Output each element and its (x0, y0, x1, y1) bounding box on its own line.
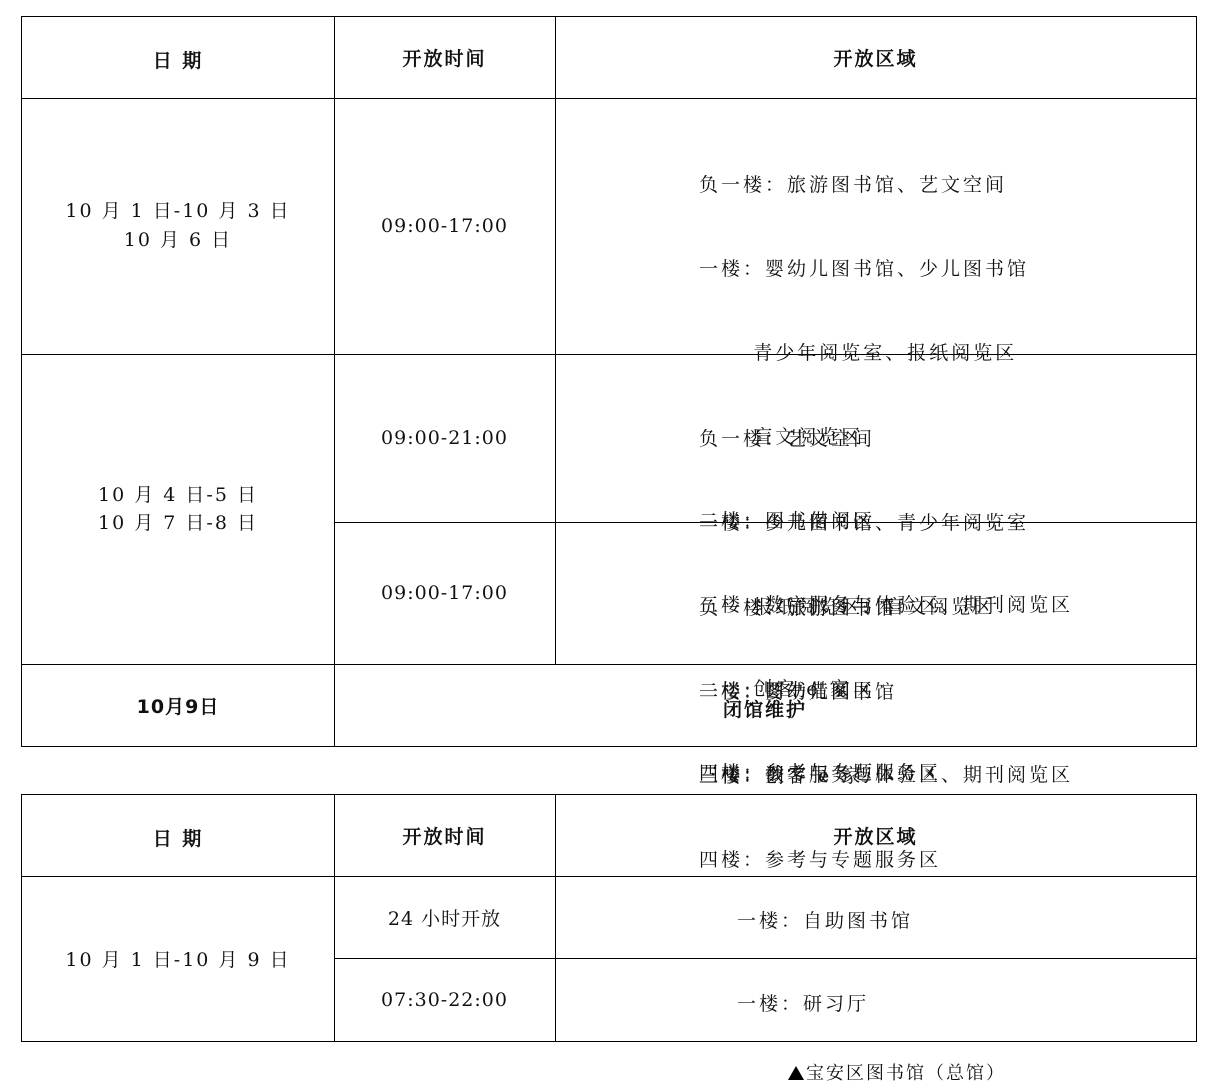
date-line: 10 月 4 日-5 日 (98, 481, 258, 509)
figure-caption: 宝安区图书馆（总馆） (788, 1059, 1006, 1085)
area-line: 负一楼：艺文空间 (699, 425, 1073, 453)
area-line: 三楼：创客 e 家 (699, 762, 941, 790)
areas-cell: 一楼：自助图书馆 (737, 907, 913, 935)
areas-cell: 一楼：研习厅 (737, 990, 869, 1018)
column-divider (555, 17, 556, 664)
date-range: 10 月 1 日-10 月 3 日 10 月 6 日 (65, 197, 290, 255)
date-range: 10 月 4 日-5 日 10 月 7 日-8 日 (98, 481, 258, 537)
date-cell: 10月9日 (22, 664, 334, 746)
date-cell: 10 月 1 日-10 月 9 日 (22, 876, 334, 1041)
hours-cell: 09:00-21:00 (334, 354, 555, 522)
header-hours: 开放时间 (334, 795, 555, 876)
schedule-table-selfservice: 日 期 开放时间 开放区域 10 月 1 日-10 月 9 日 24 小时开放 … (21, 794, 1197, 1042)
area-line: 一楼：婴幼儿图书馆、少儿图书馆 (699, 255, 1073, 283)
area-line: 一楼：少儿图书馆、青少年阅览室 (699, 509, 1073, 537)
caption-text: 宝安区图书馆（总馆） (806, 1063, 1006, 1084)
closed-status: 闭馆维护 (334, 664, 1196, 746)
area-line: 负一楼：旅游图书馆 (699, 594, 941, 622)
date-line: 10 月 1 日-10 月 3 日 (65, 197, 290, 226)
header-hours: 开放时间 (334, 17, 555, 98)
schedule-table-main: 日 期 开放时间 开放区域 10 月 1 日-10 月 3 日 10 月 6 日… (21, 16, 1197, 747)
header-date: 日 期 (22, 795, 334, 876)
triangle-up-icon (788, 1066, 804, 1080)
header-date: 日 期 (22, 17, 334, 98)
hours-cell: 09:00-17:00 (334, 522, 555, 664)
hours-cell: 24 小时开放 (334, 876, 555, 958)
area-line: 负一楼：旅游图书馆、艺文空间 (699, 171, 1073, 199)
hours-cell: 07:30-22:00 (334, 958, 555, 1041)
date-line: 10 月 6 日 (124, 226, 232, 255)
area-line: 青少年阅览室、报纸阅览区 (699, 339, 1073, 367)
date-line: 10 月 7 日-8 日 (98, 509, 258, 537)
date-cell: 10 月 1 日-10 月 3 日 10 月 6 日 (22, 98, 334, 354)
header-areas: 开放区域 (555, 795, 1196, 876)
header-areas: 开放区域 (555, 17, 1196, 98)
hours-cell: 09:00-17:00 (334, 98, 555, 354)
date-cell: 10 月 4 日-5 日 10 月 7 日-8 日 (22, 354, 334, 664)
